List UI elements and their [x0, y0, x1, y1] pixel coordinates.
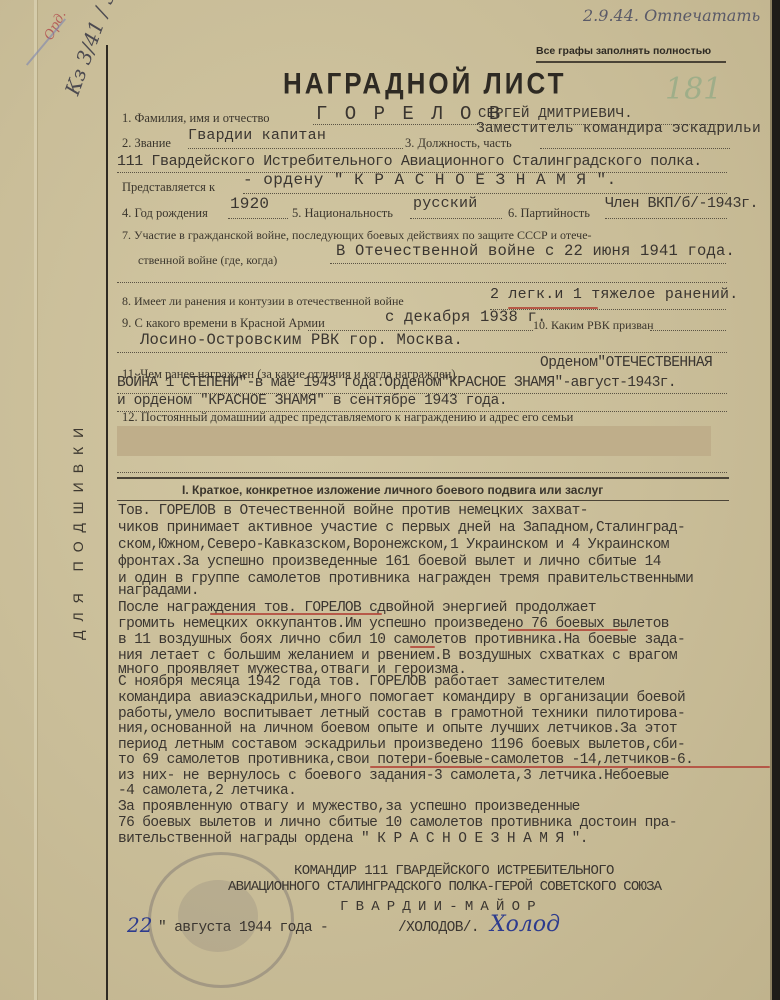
field-11-line	[117, 393, 727, 394]
section-divider	[117, 477, 729, 479]
field-7-label-line1: 7. Участие в гражданской войне, последую…	[122, 228, 592, 243]
archive-number: 181	[665, 72, 722, 107]
field-3-label: 3. Должность, часть	[405, 136, 512, 151]
field-9-label: 9. С какого времени в Красной Армии	[122, 316, 325, 331]
body-line: в 11 воздушных боях лично сбил 10 самоле…	[118, 632, 685, 648]
field-8-label: 8. Имеет ли ранения и контузии в отечест…	[122, 294, 404, 309]
signature-date: " августа 1944 года -	[158, 920, 328, 936]
field-3-position: Заместитель командира эскадрильи	[476, 121, 761, 137]
notice-underline	[536, 61, 726, 63]
field-5-nationality: русский	[413, 195, 477, 212]
body-line: ния,основанной на личном боевом опыте и …	[118, 721, 677, 737]
body-line: командира авиаэскадрильи,много помогает …	[118, 690, 685, 706]
body-line: чиков принимает активное участие с первы…	[118, 520, 685, 536]
redacted-address-block	[117, 426, 711, 456]
field-1-label: 1. Фамилия, имя и отчество	[122, 111, 270, 126]
top-right-handwritten-note: 2.9.44. Отпечатать	[583, 6, 760, 25]
field-7-value: В Отечественной войне с 22 июня 1941 год…	[336, 242, 735, 260]
field-3-line	[540, 148, 730, 149]
field-10-line	[650, 330, 726, 331]
field-7-line-2	[117, 282, 727, 283]
field-11-value-line1: Орденом"ОТЕЧЕСТВЕННАЯ	[540, 355, 712, 371]
body-line: За проявленную отвагу и мужество,за успе…	[118, 799, 580, 815]
field-7-label-line2: ственной войне (где, когда)	[138, 253, 277, 268]
field-6-line	[605, 218, 727, 219]
red-pencil-underline	[508, 629, 628, 631]
award-sheet-page: ДЛЯ ПОДШИВКИ Орд. Кз 3/41 / 37 2.9.44. О…	[0, 0, 772, 1000]
field-3-unit: 111 Гвардейского Истребительного Авиацио…	[117, 153, 702, 170]
nominated-label: Представляется к	[122, 180, 215, 195]
body-line: 76 боевых вылетов и лично сбитые 10 само…	[118, 815, 677, 831]
field-8-wounds: 2 легк.и 1 тяжелое ранений.	[490, 286, 738, 303]
field-12-label: 12. Постоянный домашний адрес представля…	[122, 410, 573, 425]
body-line: и один в группе самолетов противника наг…	[118, 571, 693, 587]
page-title: НАГРАДНОЙ ЛИСТ	[283, 66, 566, 102]
field-10-draft-office: Лосино-Островским РВК гор. Москва.	[140, 331, 463, 349]
paper-fold-line	[37, 0, 38, 1000]
field-2-label: 2. Звание	[122, 136, 171, 151]
section-title-underline	[117, 500, 729, 501]
field-10-label: 10. Каким РВК призван	[533, 318, 654, 333]
field-9-service-since: с декабря 1938 г.	[385, 308, 547, 326]
section-title: I. Краткое, конкретное изложение личного…	[182, 483, 603, 497]
commander-name: /ХОЛОДОВ/.	[398, 920, 479, 936]
binding-margin-line	[106, 45, 108, 1000]
body-line: фронтах.За успешно произведенные 161 бое…	[118, 554, 661, 570]
field-2-line	[188, 148, 403, 149]
field-12-line	[117, 472, 727, 473]
date-day-handwritten: 22	[127, 913, 152, 937]
body-line: ском,Южном,Северо-Кавказском,Воронежском…	[118, 537, 669, 553]
signature-title-line2: АВИАЦИОННОГО СТАЛИНГРАДСКОГО ПОЛКА-ГЕРОЙ…	[228, 879, 661, 895]
fill-all-fields-notice: Все графы заполнять полностью	[536, 45, 711, 57]
binding-label: ДЛЯ ПОДШИВКИ	[70, 419, 86, 640]
body-line: работы,умело воспитывает летный состав в…	[118, 706, 685, 722]
field-5-label: 5. Национальность	[292, 206, 393, 221]
field-2-rank: Гвардии капитан	[188, 127, 326, 144]
body-line: Тов. ГОРЕЛОВ в Отечественной войне проти…	[118, 503, 588, 519]
field-4-line	[228, 218, 288, 219]
field-10-line-2	[117, 352, 727, 353]
nominated-line	[243, 193, 727, 194]
body-line: из них- не вернулось с боевого задания-3…	[118, 768, 669, 784]
body-line: -4 самолета,2 летчика.	[118, 783, 296, 799]
field-1-given-names: СЕРГЕЙ ДМИТРИЕВИЧ.	[478, 106, 633, 122]
field-7-line	[330, 263, 726, 264]
red-pencil-mark: Орд.	[42, 8, 70, 43]
body-line: С ноября месяца 1942 года тов. ГОРЕЛОВ р…	[118, 674, 604, 690]
signature-title-line1: КОМАНДИР 111 ГВАРДЕЙСКОГО ИСТРЕБИТЕЛЬНОГ…	[294, 863, 614, 879]
body-line: период летным составом эскадрильи произв…	[118, 737, 685, 753]
commander-signature: Холод	[490, 912, 560, 937]
field-4-birth-year: 1920	[230, 195, 269, 213]
field-6-party: Член ВКП/б/-1943г.	[605, 195, 758, 212]
field-5-line	[410, 218, 502, 219]
field-11-value-line3: и орденом "КРАСНОЕ ЗНАМЯ" в сентябре 194…	[117, 393, 507, 409]
body-line: вительственной награды ордена " К Р А С …	[118, 831, 588, 847]
field-6-label: 6. Партийность	[508, 206, 590, 221]
field-11-value-line2: ВОЙНА 1 СТЕПЕНИ"-в мае 1943 года.Орденом…	[117, 375, 676, 391]
field-4-label: 4. Год рождения	[122, 206, 208, 221]
body-line: наградами.	[118, 583, 199, 599]
red-pencil-underline	[210, 613, 382, 615]
nominated-award: - ордену " К Р А С Н О Е З Н А М Я ".	[243, 171, 617, 189]
